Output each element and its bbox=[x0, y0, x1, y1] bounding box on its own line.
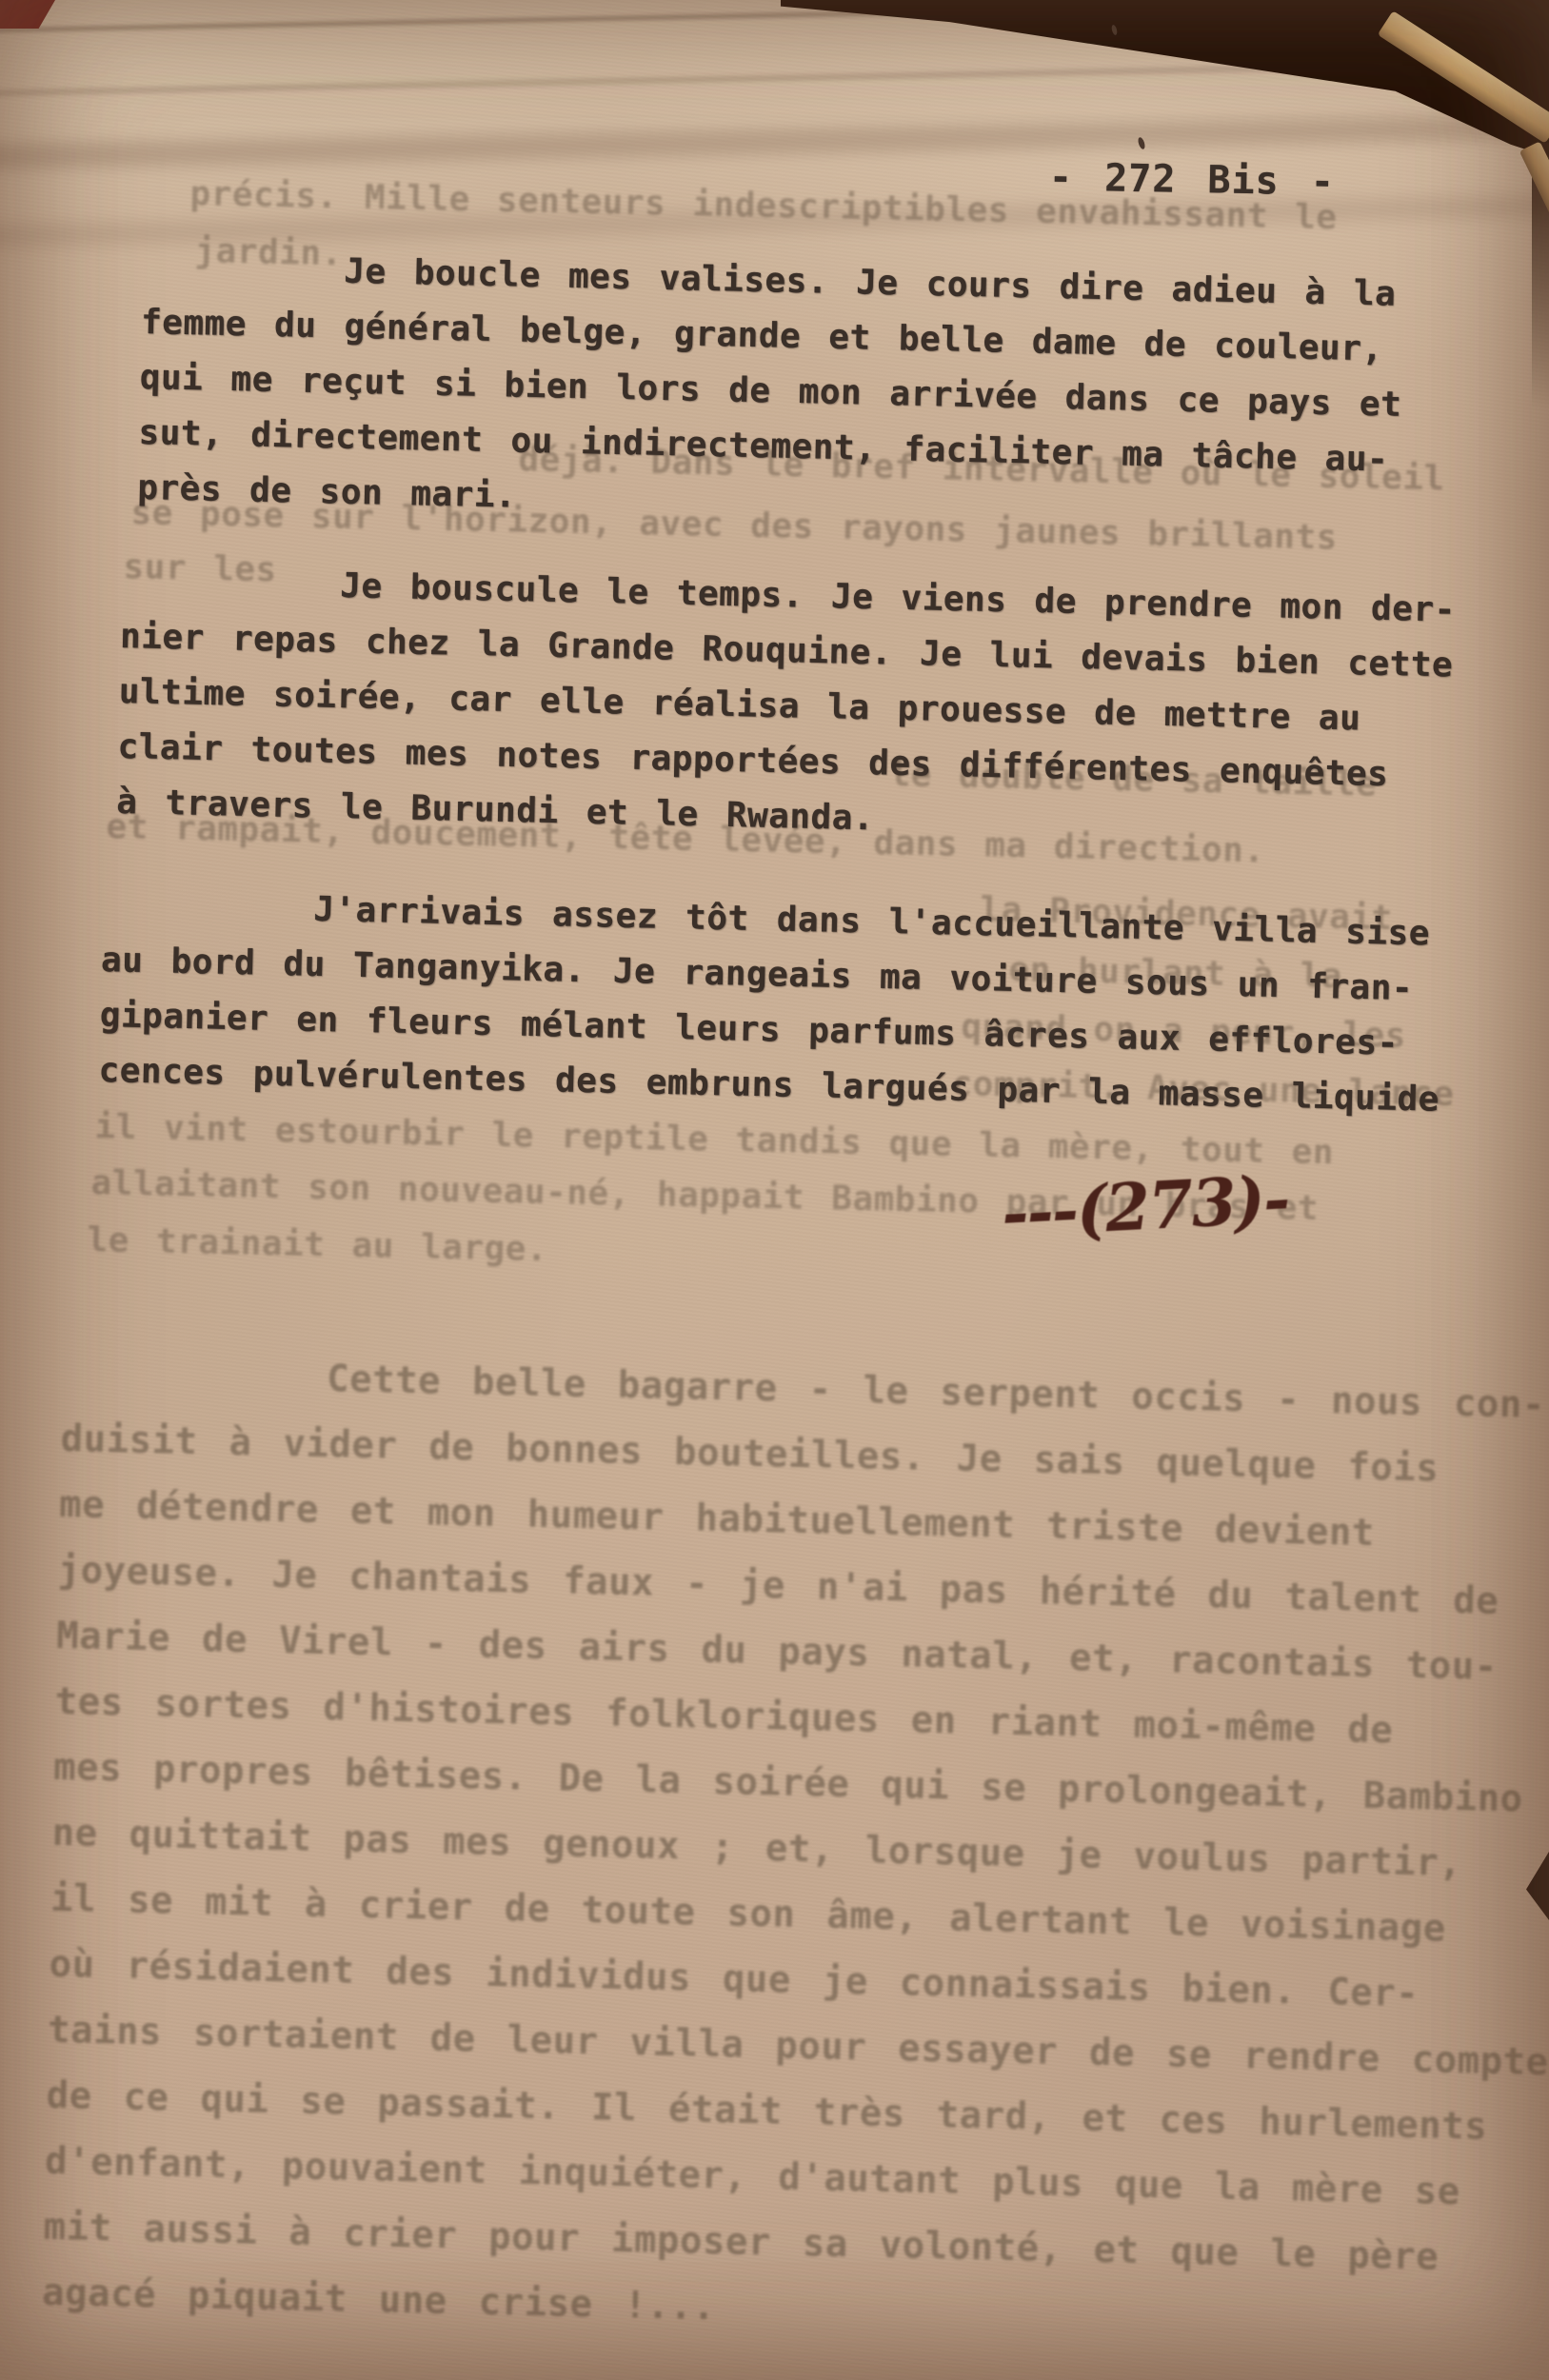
typed-paragraph-3: J'arrivais assez tôt dans l'accueillante… bbox=[98, 878, 1443, 1128]
document-photo: précis. Mille senteurs indescriptibles e… bbox=[0, 0, 1549, 2380]
typed-paragraph-1: Je boucle mes valises. Je cours dire adi… bbox=[137, 240, 1405, 544]
page-number: - 272 Bis - bbox=[1049, 155, 1336, 204]
typed-paragraph-2: Je bouscule le temps. Je viens de prendr… bbox=[116, 554, 1457, 860]
ghost-paragraph: Cette belle bagarre - le serpent occis -… bbox=[41, 1340, 1549, 2358]
handwritten-note: ---(273)- bbox=[1000, 1161, 1290, 1253]
